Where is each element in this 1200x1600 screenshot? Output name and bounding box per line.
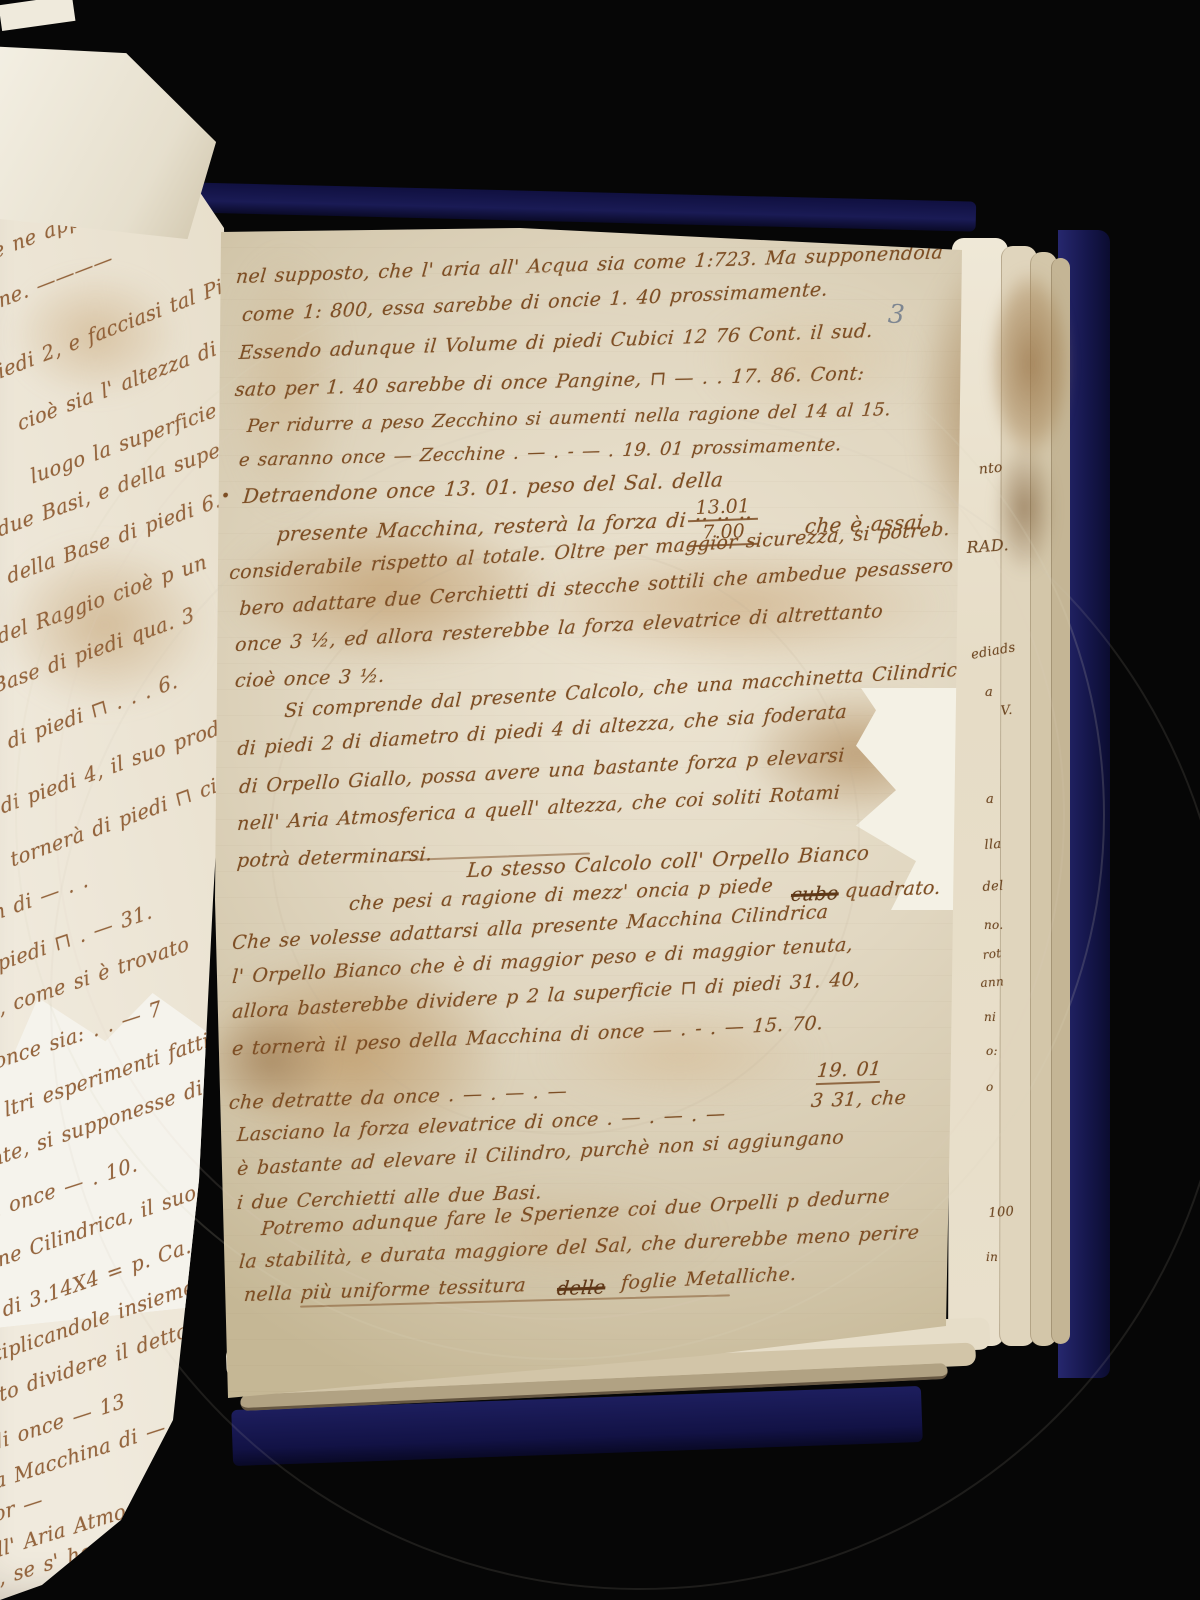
manuscript-line: Per ridurre a peso Zecchino si aumenti n… — [246, 399, 892, 437]
manuscript-line: sato per 1. 40 sarebbe di once Pangine, … — [234, 363, 865, 402]
manuscript-line: ior — — [0, 1487, 45, 1529]
page-sliver — [0, 0, 75, 31]
manuscript-line: ll' Aria Atmosferica, la — [0, 1468, 228, 1562]
manuscript-line: • — [220, 486, 232, 505]
fraction-numerator: 13.01 — [687, 495, 758, 522]
manuscript-line: che detratte da once . — . — . — — [228, 1080, 568, 1114]
manuscript-line: e tornerà il peso della Macchina di once… — [231, 1012, 824, 1060]
manuscript-line: Lo stesso Calcolo coll' Orpello Bianco — [466, 840, 870, 882]
manuscript-line: Essendo adunque il Volume di piedi Cubic… — [238, 320, 874, 364]
manuscript-line: potrà determinarsi. — [236, 843, 433, 872]
curled-page-corner — [0, 38, 219, 246]
manuscript-line: Si comprende dal presente Calcolo, che u… — [284, 658, 970, 722]
manuscript-line: e saranno once — Zecchine . — . - — . 19… — [238, 434, 843, 471]
manuscript-line: 3 31, che — [810, 1087, 907, 1112]
manuscript-line: n di — . . — [0, 867, 91, 925]
manuscript-line: cioè once 3 ½. — [234, 665, 386, 692]
manuscript-line: rine. ———— — [0, 245, 115, 318]
fraction-denominator: 7.00 — [688, 520, 759, 547]
manuscript-photo: proporzione, la sua pecie ne apportuna a… — [0, 0, 1200, 1600]
manuscript-line: quadrato. — [844, 877, 942, 902]
page-number: 3 — [887, 299, 906, 330]
fore-edge-stain — [975, 268, 1085, 588]
manuscript-line: foglie Metalliche. — [620, 1263, 797, 1294]
book-cover-top — [186, 182, 976, 231]
manuscript-line: 19. 01 — [816, 1058, 882, 1085]
manuscript-line: nel supposto, che l' aria all' Acqua sia… — [235, 241, 944, 288]
manuscript-line: delle — [556, 1276, 606, 1300]
fraction: 13.01 7.00 — [687, 495, 759, 547]
manuscript-line: Detraendone once 13. 01. peso del Sal. d… — [242, 467, 724, 508]
manuscript-line: come 1: 800, essa sarebbe di oncie 1. 40… — [241, 278, 828, 326]
